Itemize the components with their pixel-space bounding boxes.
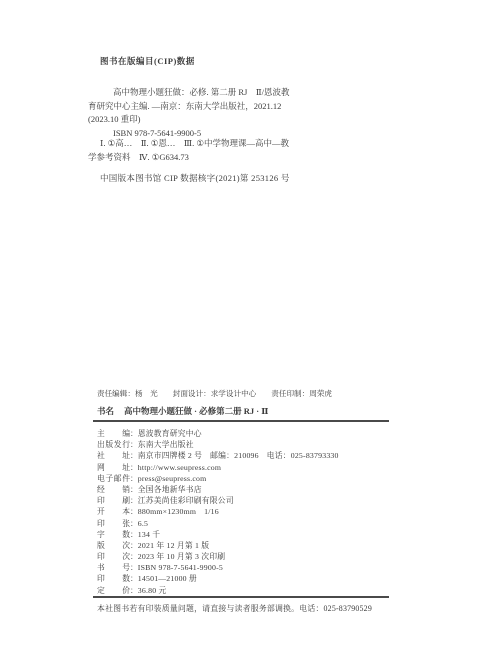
colophon-label: 网址 — [97, 462, 130, 473]
colophon-value: http://www.seupress.com — [138, 463, 221, 472]
colophon-value: 14501—21000 册 — [138, 574, 197, 583]
credit-cover-label: 封面设计： — [173, 388, 211, 399]
cip-heading: 图书在版编目(CIP)数据 — [100, 55, 195, 67]
quality-notice: 本社图书若有印装质量问题，请直接与读者服务部调换。电话：025-83790529 — [97, 603, 397, 614]
colophon-row-print-run: 印数：14501—21000 册 — [97, 573, 389, 584]
colophon-row-chief-editor: 主编：恩波教育研究中心 — [97, 428, 389, 439]
credit-printing-label: 责任印制： — [271, 388, 309, 399]
colophon-label: 印次 — [97, 551, 130, 562]
colophon-value: ISBN 978-7-5641-9900-5 — [138, 563, 223, 572]
colophon-value: 全国各地新华书店 — [138, 485, 202, 494]
colophon-row-edition: 版次：2021 年 12 月第 1 版 — [97, 540, 389, 551]
divider-bottom — [93, 596, 389, 598]
cip-record-block: 高中物理小题狂做：必修. 第二册 RJ Ⅱ/恩波教 育研究中心主编. —南京：东… — [88, 86, 380, 140]
colophon-label: 社址 — [97, 450, 130, 461]
colophon-value: 36.80 元 — [138, 586, 167, 595]
colophon-value: 880mm×1230mm 1/16 — [138, 507, 219, 516]
colophon-value: 6.5 — [138, 519, 148, 528]
colophon-label: 定价 — [97, 585, 130, 596]
colophon-label: 书号 — [97, 562, 130, 573]
colophon-label: 版次 — [97, 540, 130, 551]
credit-cover-name: 求学设计中心 — [211, 388, 257, 399]
colophon-row-distributor: 经销：全国各地新华书店 — [97, 484, 389, 495]
colophon-label: 主编 — [97, 428, 130, 439]
divider-top — [93, 420, 389, 422]
credit-editor-name: 杨 光 — [135, 388, 158, 399]
colophon-label: 印数 — [97, 573, 130, 584]
copyright-page: 图书在版编目(CIP)数据 高中物理小题狂做：必修. 第二册 RJ Ⅱ/恩波教 … — [0, 0, 480, 668]
colophon-list: 主编：恩波教育研究中心 出版发行：东南大学出版社 社址：南京市四牌楼 2 号 邮… — [97, 428, 389, 596]
cip-record-line: 育研究中心主编. —南京：东南大学出版社，2021.12 — [88, 100, 380, 114]
colophon-label: 印刷 — [97, 495, 130, 506]
colophon-row-website: 网址：http://www.seupress.com — [97, 462, 389, 473]
colophon-row-publisher: 出版发行：东南大学出版社 — [97, 439, 389, 450]
colophon-row-wordcount: 字数：134 千 — [97, 529, 389, 540]
colophon-label: 出版发行 — [97, 439, 130, 450]
cip-record-line: 高中物理小题狂做：必修. 第二册 RJ Ⅱ/恩波教 — [88, 86, 380, 100]
colophon-label: 印张 — [97, 518, 130, 529]
credit-cover-design: 封面设计：求学设计中心 — [173, 388, 257, 399]
colophon-value: 江苏美尚佳彩印刷有限公司 — [138, 496, 234, 505]
credit-editor-label: 责任编辑： — [97, 388, 135, 399]
colophon-value: 2023 年 10 月第 3 次印刷 — [138, 552, 225, 561]
colophon-row-email: 电子邮件：press@seupress.com — [97, 473, 389, 484]
colophon-value: 134 千 — [138, 530, 160, 539]
colophon-row-sheets: 印张：6.5 — [97, 518, 389, 529]
colophon-row-isbn: 书号：ISBN 978-7-5641-9900-5 — [97, 562, 389, 573]
colophon-value: press@seupress.com — [138, 474, 207, 483]
colophon-value: 恩波教育研究中心 — [138, 429, 202, 438]
colophon-label: 开本 — [97, 506, 130, 517]
colophon-value: 南京市四牌楼 2 号 邮编：210096 电话：025-83793330 — [138, 451, 339, 460]
book-title-row: 书名高中物理小题狂做 · 必修第二册 RJ · Ⅱ — [97, 405, 268, 417]
credit-printing-name: 周荣虎 — [309, 388, 332, 399]
cip-record-line: (2023.10 重印) — [88, 113, 380, 127]
book-title-value: 高中物理小题狂做 · 必修第二册 RJ · Ⅱ — [124, 406, 268, 416]
colophon-value: 2021 年 12 月第 1 版 — [138, 541, 209, 550]
colophon-label: 字数 — [97, 529, 130, 540]
colophon-label: 电子邮件 — [97, 473, 130, 484]
colophon-row-format: 开本：880mm×1230mm 1/16 — [97, 506, 389, 517]
cip-classification-block: Ⅰ. ①高… Ⅱ. ①恩… Ⅲ. ①中学物理课—高中—教 学参考资料 Ⅳ. ①G… — [88, 137, 380, 164]
colophon-row-price: 定价：36.80 元 — [97, 585, 389, 596]
credit-editor: 责任编辑：杨 光 — [97, 388, 158, 399]
credits-row: 责任编辑：杨 光 封面设计：求学设计中心 责任印制：周荣虎 — [97, 388, 389, 399]
cip-registry-line: 中国版本图书馆 CIP 数据核字(2021)第 253126 号 — [100, 172, 290, 184]
colophon-row-printer: 印刷：江苏美尚佳彩印刷有限公司 — [97, 495, 389, 506]
cip-classification-line: 学参考资料 Ⅳ. ①G634.73 — [88, 151, 380, 165]
colophon-label: 经销 — [97, 484, 130, 495]
colophon-row-address: 社址：南京市四牌楼 2 号 邮编：210096 电话：025-83793330 — [97, 450, 389, 461]
colophon-value: 东南大学出版社 — [138, 440, 194, 449]
cip-classification-line: Ⅰ. ①高… Ⅱ. ①恩… Ⅲ. ①中学物理课—高中—教 — [88, 137, 380, 151]
book-title-label: 书名 — [97, 406, 114, 416]
colophon-row-impression: 印次：2023 年 10 月第 3 次印刷 — [97, 551, 389, 562]
credit-printing: 责任印制：周荣虎 — [271, 388, 332, 399]
